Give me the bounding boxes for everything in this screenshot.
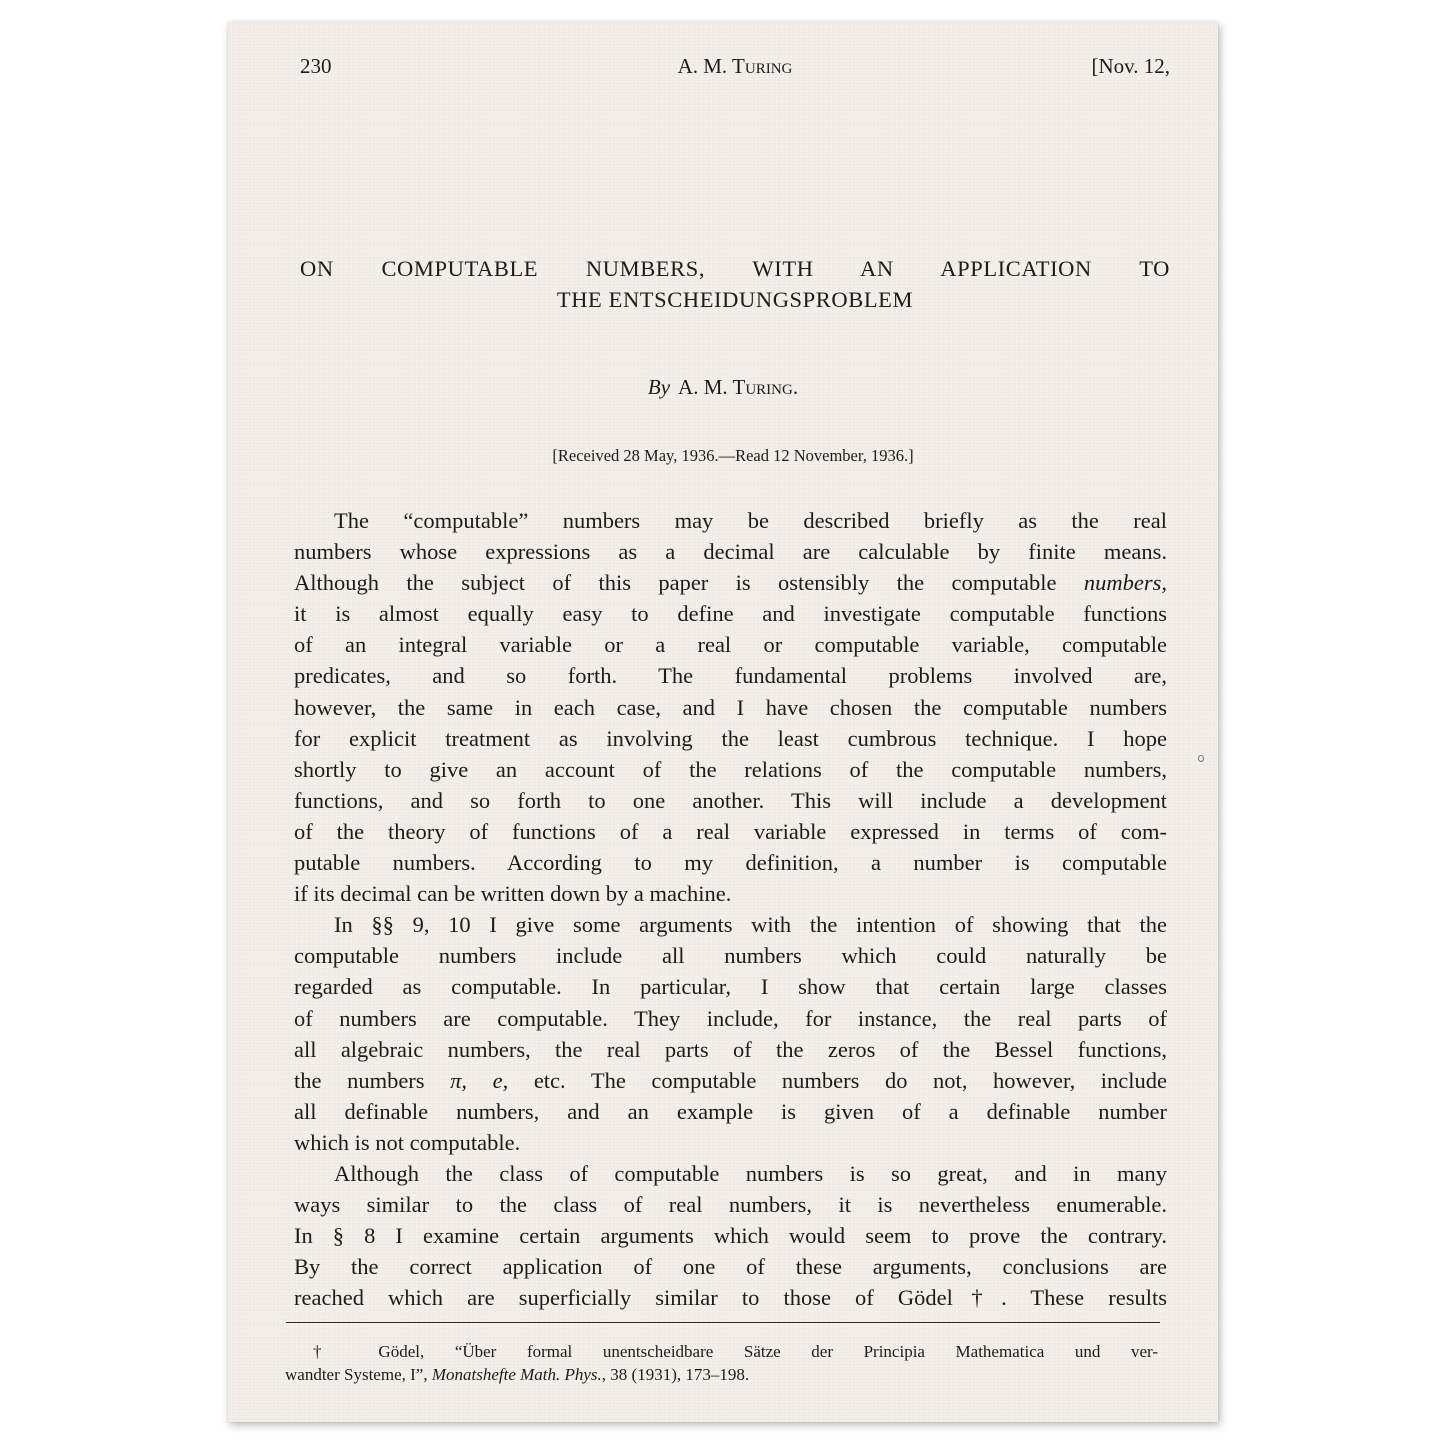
text-line: however, the same in each case, and I ha…	[294, 692, 1167, 723]
text-line: numbers whose expressions as a decimal a…	[294, 536, 1167, 567]
text-line: of numbers are computable. They include,…	[294, 1003, 1167, 1034]
text-line: In §§ 9, 10 I give some arguments with t…	[294, 909, 1167, 940]
text-line: for explicit treatment as involving the …	[294, 723, 1167, 754]
text-line: if its decimal can be written down by a …	[294, 878, 1167, 909]
byline-by: By	[648, 375, 670, 399]
text-line: of the theory of functions of a real var…	[294, 816, 1167, 847]
received-date: [Received 28 May, 1936.—Read 12 November…	[228, 446, 1218, 466]
footnote-line: † Gödel, “Über formal unentscheidbare Sä…	[285, 1340, 1158, 1363]
title-line-1: ON COMPUTABLE NUMBERS, WITH AN APPLICATI…	[300, 253, 1170, 284]
text-line: of an integral variable or a real or com…	[294, 629, 1167, 660]
footnote-divider	[286, 1322, 1160, 1323]
text-line: regarded as computable. In particular, I…	[294, 971, 1167, 1002]
text-line: ways similar to the class of real number…	[294, 1189, 1167, 1220]
text-line: functions, and so forth to one another. …	[294, 785, 1167, 816]
text-line: which is not computable.	[294, 1127, 1167, 1158]
paper-page: 230 A. M. Turing [Nov. 12, ON COMPUTABLE…	[228, 22, 1218, 1422]
title-line-2: THE ENTSCHEIDUNGSPROBLEM	[557, 287, 913, 312]
text-line: shortly to give an account of the relati…	[294, 754, 1167, 785]
text-line: In § 8 I examine certain arguments which…	[294, 1220, 1167, 1251]
text-line: all algebraic numbers, the real parts of…	[294, 1034, 1167, 1065]
text-line: predicates, and so forth. The fundamenta…	[294, 660, 1167, 691]
running-head-author: A. M. Turing	[300, 54, 1170, 79]
italic-emphasis: numbers,	[1084, 570, 1167, 595]
paper-title: ON COMPUTABLE NUMBERS, WITH AN APPLICATI…	[300, 253, 1170, 315]
running-head: 230 A. M. Turing [Nov. 12,	[300, 54, 1170, 80]
byline: ByA. M. Turing.	[228, 375, 1218, 400]
paper-speck	[1198, 755, 1204, 762]
text-line: By the correct application of one of the…	[294, 1251, 1167, 1282]
text-line: Although the class of computable numbers…	[294, 1158, 1167, 1189]
footnote-line: wandter Systeme, I”, Monatshefte Math. P…	[285, 1363, 1158, 1386]
text-line: Although the subject of this paper is os…	[294, 567, 1167, 598]
text-line: The “computable” numbers may be describe…	[294, 505, 1167, 536]
journal-name: Monatshefte Math. Phys.	[432, 1365, 602, 1384]
byline-author: A. M. Turing.	[678, 375, 798, 399]
text-line: putable numbers. According to my definit…	[294, 847, 1167, 878]
text-line: computable numbers include all numbers w…	[294, 940, 1167, 971]
text-line: it is almost equally easy to define and …	[294, 598, 1167, 629]
text-line: the numbers π, e, etc. The computable nu…	[294, 1065, 1167, 1096]
text-line: reached which are superficially similar …	[294, 1282, 1167, 1313]
body-text: The “computable” numbers may be describe…	[294, 505, 1167, 1313]
footnote: † Gödel, “Über formal unentscheidbare Sä…	[285, 1340, 1158, 1386]
math-symbols: π, e,	[450, 1068, 508, 1093]
text-line: all definable numbers, and an example is…	[294, 1096, 1167, 1127]
